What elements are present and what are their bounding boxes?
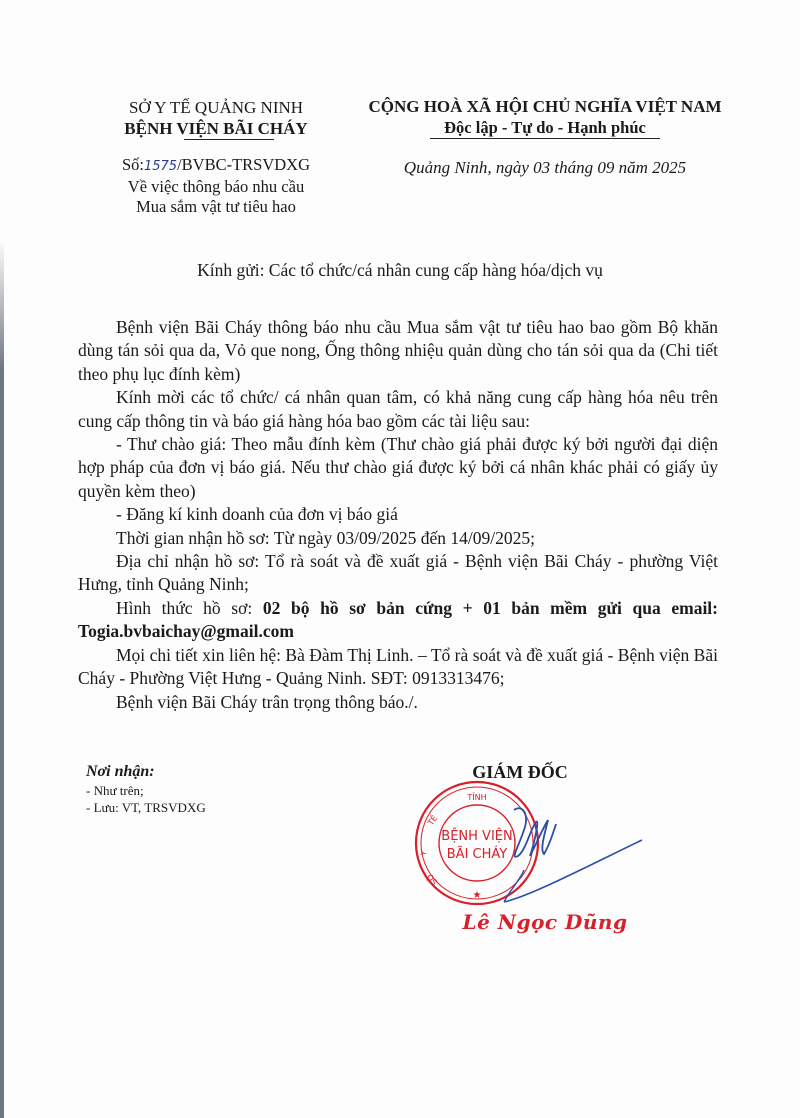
hospital-name: BỆNH VIỆN BÃI CHÁY [124, 118, 307, 139]
national-motto: Độc lập - Tự do - Hạnh phúc [430, 118, 660, 139]
hospital-underline [184, 139, 274, 140]
svg-text:Y: Y [419, 850, 429, 857]
svg-text:TỈNH: TỈNH [466, 791, 486, 802]
recipients-title: Nơi nhận: [86, 762, 336, 782]
subject-line-2: Mua sắm vật tư tiêu hao [96, 197, 336, 217]
handwritten-signature-icon [500, 800, 650, 920]
svg-text:★: ★ [473, 890, 482, 901]
document-body: Bệnh viện Bãi Cháy thông báo nhu cầu Mua… [78, 316, 718, 714]
national-header: CỘNG HOÀ XÃ HỘI CHỦ NGHĨA VIỆT NAM Độc l… [335, 96, 755, 179]
paragraph-time: Thời gian nhận hồ sơ: Từ ngày 03/09/2025… [78, 527, 718, 550]
place-date: Quảng Ninh, ngày 03 tháng 09 năm 2025 [335, 157, 755, 179]
paragraph-closing: Bệnh viện Bãi Cháy trân trọng thông báo.… [78, 691, 718, 714]
recipient-item: - Như trên; [86, 782, 336, 799]
recipients-block: Nơi nhận: - Như trên; - Lưu: VT, TRSVDXG [86, 762, 336, 816]
paragraph-form: Hình thức hồ sơ: 02 bộ hồ sơ bản cứng + … [78, 597, 718, 644]
ministry-name: SỞ Y TẾ QUẢNG NINH [96, 97, 336, 118]
svg-text:SỞ: SỞ [423, 871, 439, 888]
signer-name: Lê Ngọc Dũng [455, 910, 635, 934]
scan-edge-shadow [0, 240, 4, 1118]
nation-title: CỘNG HOÀ XÃ HỘI CHỦ NGHĨA VIỆT NAM [335, 96, 755, 118]
paragraph-contact: Mọi chi tiết xin liên hệ: Bà Đàm Thị Lin… [78, 644, 718, 691]
paragraph-announcement: Bệnh viện Bãi Cháy thông báo nhu cầu Mua… [78, 316, 718, 386]
bullet-quotation-letter: - Thư chào giá: Theo mẫu đính kèm (Thư c… [78, 433, 718, 503]
recipient-item: - Lưu: VT, TRSVDXG [86, 799, 336, 816]
paragraph-invitation: Kính mời các tổ chức/ cá nhân quan tâm, … [78, 386, 718, 433]
recipient-line: Kính gửi: Các tổ chức/cá nhân cung cấp h… [0, 259, 800, 281]
handwritten-number: 1575 [144, 159, 177, 174]
paragraph-address: Địa chỉ nhận hồ sơ: Tổ rà soát và đề xuấ… [78, 550, 718, 597]
subject-line-1: Về việc thông báo nhu cầu [96, 177, 336, 197]
svg-text:BÃI CHÁY: BÃI CHÁY [447, 846, 508, 862]
document-number: Số:1575/BVBC-TRSVDXG [96, 155, 336, 177]
bullet-business-registration: - Đăng kí kinh doanh của đơn vị báo giá [78, 503, 718, 526]
issuer-block: SỞ Y TẾ QUẢNG NINH BỆNH VIỆN BÃI CHÁY Số… [96, 97, 336, 217]
